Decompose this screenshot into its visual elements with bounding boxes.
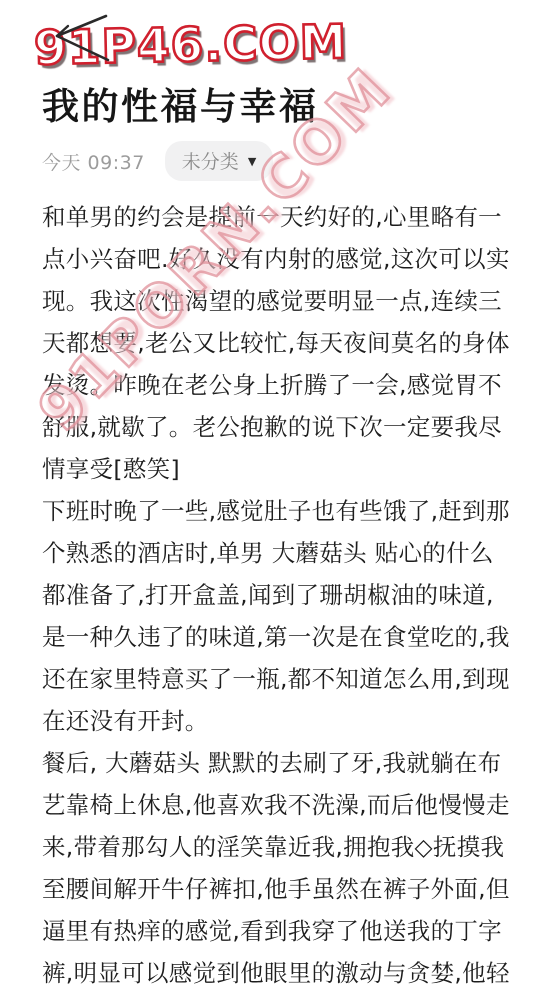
category-label: 未分类	[182, 147, 239, 174]
post-timestamp: 今天 09:37	[42, 148, 145, 175]
paragraph-2: 下班时晚了一些,感觉肚子也有些饿了,赶到那个熟悉的酒店时,单男 大蘑菇头 贴心的…	[42, 490, 516, 742]
annotation-arrow-icon	[48, 8, 114, 68]
post-header: 我的性福与幸福 今天 09:37 未分类 ▼	[42, 86, 514, 178]
post-body: 和单男的约会是提前一天约好的,心里略有一点小兴奋吧.好久没有内射的感觉,这次可以…	[42, 196, 516, 994]
post-title: 我的性福与幸福	[42, 86, 514, 128]
paragraph-1: 和单男的约会是提前一天约好的,心里略有一点小兴奋吧.好久没有内射的感觉,这次可以…	[42, 196, 516, 490]
post-meta: 今天 09:37 未分类 ▼	[42, 144, 514, 178]
paragraph-3: 餐后, 大蘑菇头 默默的去刷了牙,我就躺在布艺靠椅上休息,他喜欢我不洗澡,而后他…	[42, 742, 516, 994]
chevron-down-icon: ▼	[248, 156, 256, 167]
article-page: 91P46.COM 我的性福与幸福 今天 09:37 未分类 ▼ 和单男的约会是…	[0, 0, 554, 1000]
category-dropdown[interactable]: 未分类 ▼	[165, 141, 273, 181]
